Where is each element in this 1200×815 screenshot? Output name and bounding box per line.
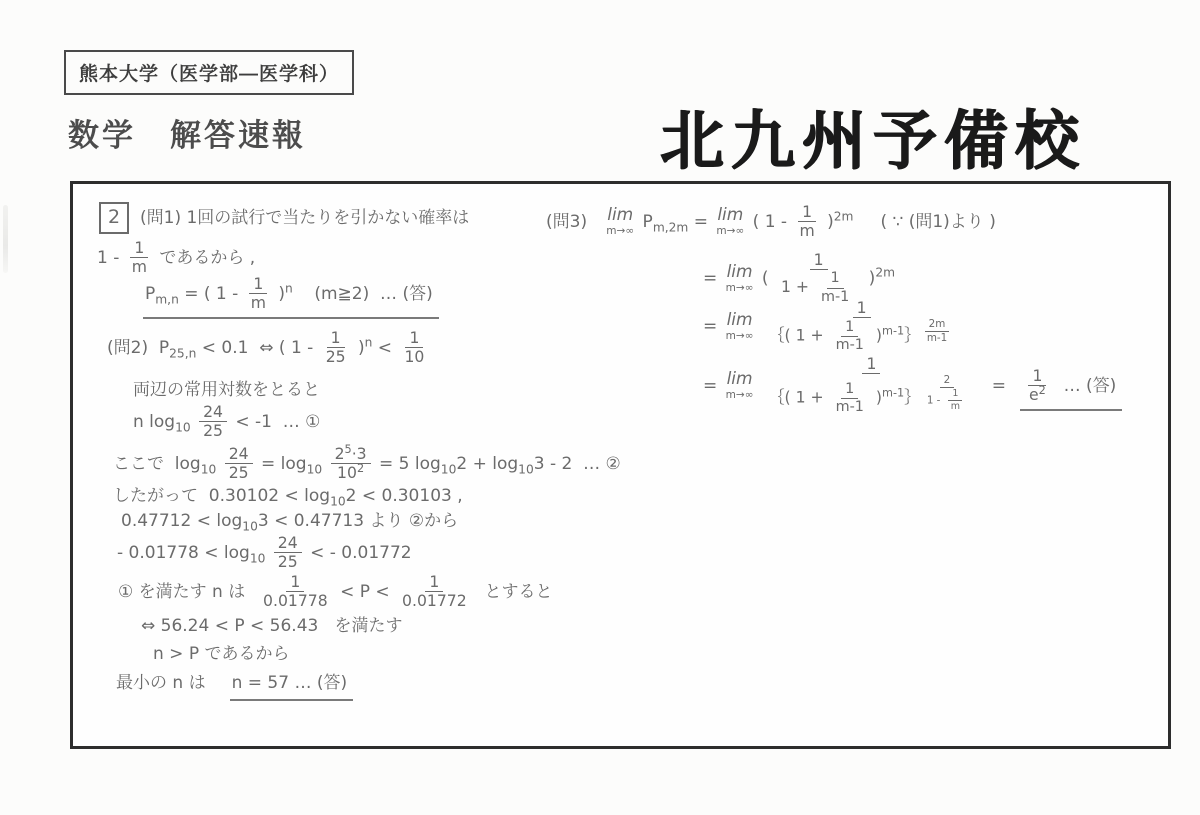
q3-answer-row: = limm→∞ 1｛( 1 + 1m-1 )m-1｝21 - 1m =1e2 … <box>703 356 1122 415</box>
problem-number-box: 2 <box>99 202 129 234</box>
q1-answer-underlined: Pm,n = ( 1 - 1m )n (m≧2) … (答) <box>143 274 439 319</box>
subject-title: 数学 解答速報 <box>68 110 306 155</box>
scanned-answer-sheet: 熊本大学（医学部―医学科） 数学 解答速報 北九州予備校 2(問1) 1回の試行… <box>0 0 1200 815</box>
university-label: 熊本大学（医学部―医学科） <box>64 50 354 95</box>
q2-line6: 0.47712 < log103 < 0.47713 より ②から <box>121 511 458 532</box>
q1-header-row: 2(問1) 1回の試行で当たりを引かない確率は <box>99 202 469 234</box>
q2-line7: - 0.01778 < log10 2425 < - 0.01772 <box>117 535 412 571</box>
scan-artifact <box>3 205 8 273</box>
q2-line5: したがって 0.30102 < log102 < 0.30103 , <box>113 486 463 507</box>
q2-line2: 両辺の常用対数をとると <box>133 380 320 401</box>
q2-line3: n log10 2425 < -1 … ① <box>133 404 320 440</box>
q2-line4: ここで log10 2425 = log10 25·3102 = 5 log10… <box>113 446 621 482</box>
solution-box: 2(問1) 1回の試行で当たりを引かない確率は 1 - 1m であるから , P… <box>70 181 1171 749</box>
q2-answer-row: 最小の n はn = 57 … (答) <box>116 671 353 701</box>
q3-line2: = limm→∞ ( 11 + 1m-1 )2m <box>703 252 895 305</box>
q2-line9: ⇔ 56.24 < P < 56.43 を満たす <box>141 616 403 637</box>
q1-answer: Pm,n = ( 1 - 1m )n (m≧2) … (答) <box>143 274 439 319</box>
q3-line4: = limm→∞ 1｛( 1 + 1m-1 )m-1｝21 - 1m = <box>703 376 1006 396</box>
q2-line1: (問2) P25,n < 0.1 ⇔ ( 1 - 125 )n < 110 <box>107 330 431 366</box>
q2-line8: ① を満たす n は 10.01778 < P < 10.01772 とすると <box>118 574 552 610</box>
q2-answer-underlined: n = 57 … (答) <box>230 671 354 701</box>
q3-answer-underlined: 1e2 … (答) <box>1020 366 1122 411</box>
school-logo: 北九州予備校 <box>660 90 1086 182</box>
q1-line1: (問1) 1回の試行で当たりを引かない確率は <box>140 208 469 228</box>
q2-line10: n > P であるから <box>153 644 289 665</box>
q3-line1: (問3) limm→∞ Pm,2m = limm→∞ ( 1 - 1m )2m … <box>546 204 996 240</box>
q1-line2: 1 - 1m であるから , <box>97 240 255 276</box>
q3-line3: = limm→∞ 1｛( 1 + 1m-1 )m-1｝2mm-1 <box>703 300 961 353</box>
q2-answer-label: 最小の n は <box>116 673 206 693</box>
